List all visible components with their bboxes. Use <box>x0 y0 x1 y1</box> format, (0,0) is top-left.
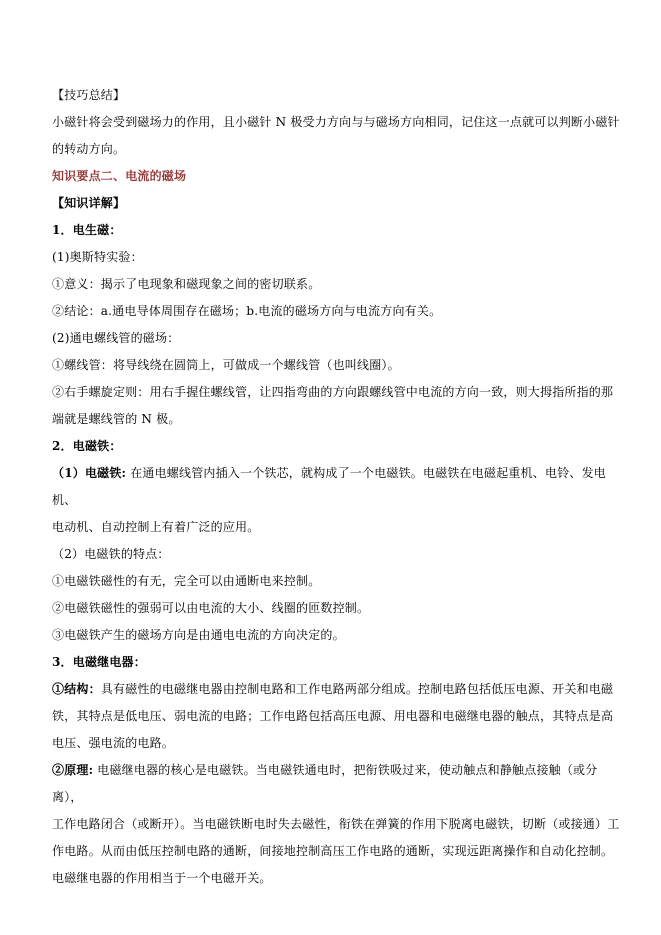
heading-electromagnet: 2．电磁铁： <box>52 433 623 460</box>
relay-principle-term: ②原理: <box>52 763 93 777</box>
tips-summary-label: 【技巧总结】 <box>52 82 623 109</box>
electromagnet-term: （1）电磁铁: <box>52 466 126 480</box>
paragraph-feature-on-off: ①电磁铁磁性的有无，完全可以由通断电来控制。 <box>52 568 623 595</box>
document-page: 【技巧总结】 小磁针将会受到磁场力的作用，且小磁针 N 极受力方向与与磁场方向相… <box>0 0 661 935</box>
paragraph-oersted-conclusion: ②结论：a.通电导体周围存在磁场；b.电流的磁场方向与电流方向有关。 <box>52 298 623 325</box>
paragraph-oersted-meaning: ①意义：揭示了电现象和磁现象之间的密切联系。 <box>52 271 623 298</box>
relay-structure-text: 具有磁性的电磁继电器由控制电路和工作电路两部分组成。控制电路包括低压电源、开关和… <box>52 682 613 750</box>
knowledge-detail-label: 【知识详解】 <box>52 190 623 217</box>
paragraph-right-hand-rule: ②右手螺旋定则：用右手握住螺线管，让四指弯曲的方向跟螺线管中电流的方向一致，则大… <box>52 379 623 433</box>
electromagnet-definition-text: 在通电螺线管内插入一个铁芯，就构成了一个电磁铁。电磁铁在电磁起重机、电铃、发电机… <box>52 466 606 534</box>
paragraph-solenoid-definition: ①螺线管：将导线绕在圆筒上，可做成一个螺线管（也叫线圈）。 <box>52 352 623 379</box>
paragraph-electromagnet-definition: （1）电磁铁: 在通电螺线管内插入一个铁芯，就构成了一个电磁铁。电磁铁在电磁起重… <box>52 460 623 541</box>
section-heading-current-magnetic-field: 知识要点二、电流的磁场 <box>52 163 623 190</box>
paragraph-feature-strength: ②电磁铁磁性的强弱可以由电流的大小、线圈的匝数控制。 <box>52 595 623 622</box>
relay-principle-text: 电磁继电器的核心是电磁铁。当电磁铁通电时，把衔铁吸过来，使动触点和静触点接触（或… <box>52 763 619 885</box>
paragraph-relay-structure: ①结构：具有磁性的电磁继电器由控制电路和工作电路两部分组成。控制电路包括低压电源… <box>52 676 623 757</box>
paragraph-electromagnet-features: （2）电磁铁的特点： <box>52 541 623 568</box>
paragraph-oersted-experiment: (1)奥斯特实验： <box>52 244 623 271</box>
heading-electromagnetic-relay: 3．电磁继电器： <box>52 649 623 676</box>
tips-summary-paragraph: 小磁针将会受到磁场力的作用，且小磁针 N 极受力方向与与磁场方向相同，记住这一点… <box>52 109 623 163</box>
paragraph-feature-direction: ③电磁铁产生的磁场方向是由通电电流的方向决定的。 <box>52 622 623 649</box>
relay-structure-term: ①结构： <box>52 682 101 696</box>
heading-electricity-generates-magnetism: 1．电生磁： <box>52 217 623 244</box>
paragraph-solenoid-field: (2)通电螺线管的磁场： <box>52 325 623 352</box>
paragraph-relay-principle: ②原理: 电磁继电器的核心是电磁铁。当电磁铁通电时，把衔铁吸过来，使动触点和静触… <box>52 757 623 892</box>
